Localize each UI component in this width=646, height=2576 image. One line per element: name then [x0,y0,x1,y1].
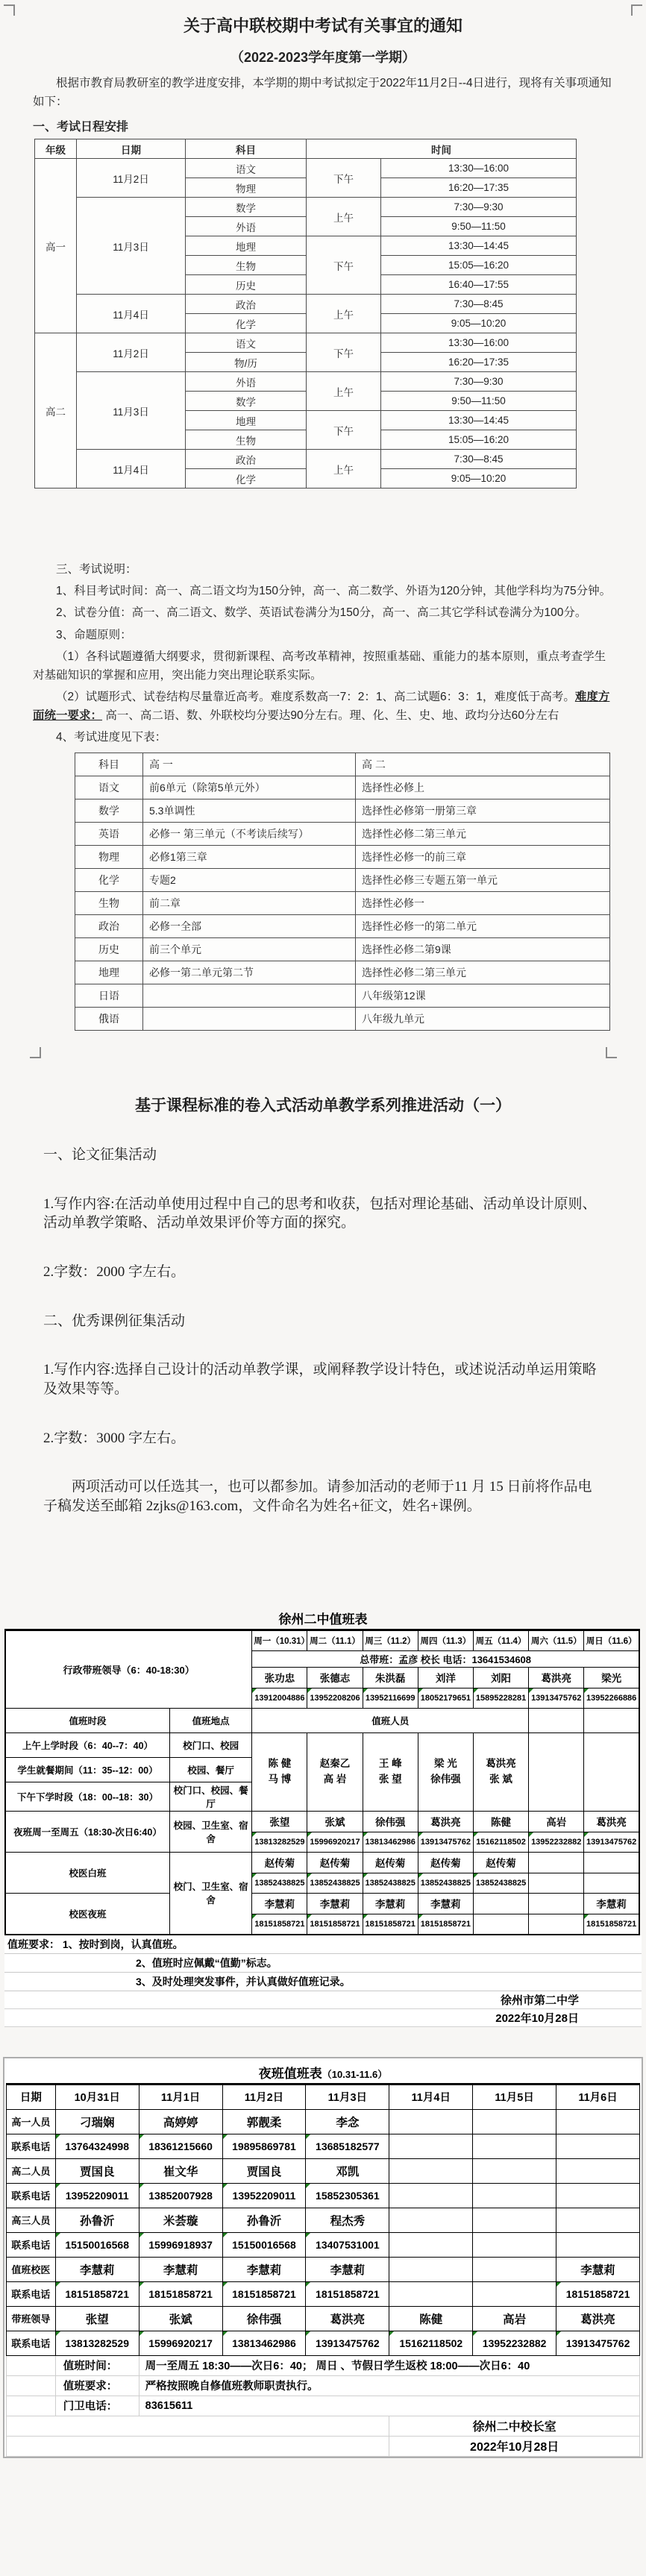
table-cell [556,2134,640,2158]
table-cell [473,2109,556,2134]
table-cell [584,1873,639,1893]
table-cell: 李慧莉 [307,1893,363,1914]
table-cell: 崔文华 [139,2158,222,2183]
time-cell: 9:05—10:20 [381,469,577,489]
table-cell: 刘阳 [473,1667,528,1688]
table-row: 生物前二章选择性必修一 [75,892,610,915]
table-cell: 11月1日 [139,2084,222,2109]
table-cell [473,2183,556,2208]
table-row: 高二人员贾国良崔文华贾国良邓凯 [7,2158,640,2183]
table-row: 高二 11月2日 语文 下午 13:30—16:00 [35,333,577,353]
table-cell: 政治 [75,915,143,938]
table-cell: 高一人员 [7,2109,56,2134]
table-cell: 13913475762 [556,2331,640,2355]
staff-pair-cell: 陈 健马 博 [252,1732,307,1811]
table-cell [556,2232,640,2257]
notice-subtitle: （2022-2023学年度第一学期） [33,47,613,66]
staff-name: 梁 光 [420,1756,471,1771]
table-row: 11月4日 政治 上午 7:30—8:45 [35,450,577,469]
time-cell: 16:20—17:35 [381,353,577,372]
table-cell: 15150016568 [55,2232,139,2257]
table-row: 日期10月31日11月1日11月2日11月3日11月4日11月5日11月6日 [7,2084,640,2109]
table-cell: 周日（11.6） [584,1630,639,1650]
notice-title: 关于高中联校期中考试有关事宜的通知 [33,13,613,37]
subject-cell: 生物 [186,256,307,275]
activity-line: 二、优秀课例征集活动 [43,1282,603,1331]
table-cell: 周一（10.31） [252,1630,307,1650]
table-cell: 葛洪亮 [556,2306,640,2331]
subject-cell: 地理 [186,236,307,256]
night-duty-title: 夜班值班表（10.31-11.6） [6,2063,640,2082]
table-cell: 前6单元（除第5单元外） [143,776,356,799]
table-cell: 13813462986 [363,1832,418,1852]
table-cell: 18151858721 [139,2281,222,2306]
table-cell: 地理 [75,961,143,984]
table-cell: 11月3日 [306,2084,389,2109]
requirement-item: 1、按时到岗，认真值班。 [63,1938,184,1950]
table-cell: 赵传菊 [252,1852,307,1873]
time-cell: 7:30—8:45 [381,295,577,314]
staff-name: 徐伟强 [420,1772,471,1787]
staff-pair-cell: 王 峰张 望 [363,1732,418,1811]
table-cell [389,2257,473,2281]
activity-line: 1.写作内容:在活动单使用过程中自己的思考和收获，包括对理论基础、活动单设计原则… [43,1165,603,1233]
time-cell: 13:30—16:00 [381,333,577,353]
table-row: 英语必修一 第三单元（不考读后续写）选择性必修二第三单元 [75,823,610,846]
date-cell: 11月4日 [77,450,186,489]
table-cell: 贾国良 [55,2158,139,2183]
session-cell: 下午 [307,236,381,295]
page-corner-mark [606,1047,617,1058]
table-cell: 陈健 [473,1811,528,1832]
notes-heading: 三、考试说明： [33,560,613,579]
table-cell [473,2208,556,2232]
table-row: 值班时间： 周一至周五 18:30——次日6：40； 周日 、节假日学生返校 1… [7,2355,640,2375]
table-cell: 程杰秀 [306,2208,389,2232]
page-corner-mark [30,1047,41,1058]
date-cell: 11月2日 [77,159,186,198]
table-cell: 15996920217 [139,2331,222,2355]
table-cell: 13852438825 [363,1873,418,1893]
table-cell: 18361215660 [139,2134,222,2158]
table-cell [473,2281,556,2306]
table-cell: 15996918937 [139,2232,222,2257]
table-cell [529,1873,584,1893]
activity-title: 基于课程标准的卷入式活动单教学系列推进活动（一） [43,1093,603,1116]
table-cell [389,2281,473,2306]
subject-cell: 历史 [186,275,307,295]
table-cell: 李慧莉 [556,2257,640,2281]
table-cell: 13813282529 [252,1832,307,1852]
date-cell: 11月4日 [77,295,186,333]
table-cell: 刘洋 [418,1667,473,1688]
date-cell: 11月2日 [77,333,186,372]
table-cell: 值班校医 [7,2257,56,2281]
duty-roster-table: 行政带班领导（6：40-18:30） 周一（10.31）周二（11.1）周三（1… [4,1629,640,1935]
table-cell [389,2183,473,2208]
subject-cell: 物/历 [186,353,307,372]
table-cell: 13685182577 [306,2134,389,2158]
table-cell: 15895228281 [473,1688,528,1708]
table-cell: 赵传菊 [307,1852,363,1873]
table-cell: 15996920217 [307,1832,363,1852]
time-cell: 15:05—16:20 [381,256,577,275]
col-header: 科目 [186,139,307,159]
table-cell: 必修一第二单元第二节 [143,961,356,984]
doctor-night-label-cell: 校医夜班 [5,1893,170,1935]
table-cell: 葛洪亮 [529,1667,584,1688]
table-cell: 选择性必修上 [356,776,610,799]
col-header-place: 值班地点 [170,1708,252,1732]
table-cell [473,1914,528,1935]
table-cell: 15852305361 [306,2183,389,2208]
table-cell: 刁瑞娴 [55,2109,139,2134]
empty-cell [529,1732,584,1811]
session-cell: 上午 [307,372,381,411]
signature-date: 2022年10月28日 [389,2436,640,2456]
table-row: 行政带班领导（6：40-18:30） 周一（10.31）周二（11.1）周三（1… [5,1630,639,1650]
table-cell: 11月4日 [389,2084,473,2109]
table-cell: 联系电话 [7,2281,56,2306]
table-cell: 10月31日 [55,2084,139,2109]
table-cell [529,1914,584,1935]
table-cell: 梁光 [584,1667,639,1688]
col-header-time: 值班时段 [5,1708,170,1732]
table-cell [143,984,356,1008]
table-cell [473,2158,556,2183]
table-cell: 13813282529 [55,2331,139,2355]
table-cell [389,2208,473,2232]
requirements-label: 值班要求： [7,1938,60,1950]
night-duty-title-text: 夜班值班表 [259,2067,322,2081]
table-cell: 11月5日 [473,2084,556,2109]
table-cell: 联系电话 [7,2183,56,2208]
table-cell: 15162118502 [389,2331,473,2355]
table-cell: 必修一全部 [143,915,356,938]
time-cell: 7:30—9:30 [381,198,577,217]
table-cell: 13952209011 [55,2183,139,2208]
notes-paragraph: 1、科目考试时间：高一、高二语文均为150分钟，高一、高二数学、外语为120分钟… [33,582,613,600]
subject-cell: 生物 [186,430,307,450]
table-cell: 葛洪亮 [584,1811,639,1832]
table-cell: 15162118502 [473,1832,528,1852]
time-cell: 7:30—8:45 [381,450,577,469]
table-cell: 18151858721 [584,1914,639,1935]
notes-paragraph: （1）各科试题遵循大纲要求，贯彻新课程、高考改革精神，按照重基础、重能力的基本原… [33,647,613,685]
table-cell: 专题2 [143,869,356,892]
table-cell: 李慧莉 [252,1893,307,1914]
table-cell: 18151858721 [55,2281,139,2306]
admin-leader-cell: 行政带班领导（6：40-18:30） [5,1630,252,1708]
table-cell: 物理 [75,846,143,869]
table-row: 校医夜班 李慧莉李慧莉李慧莉李慧莉李慧莉 [5,1893,639,1914]
col-header: 年级 [35,139,77,159]
table-cell: 米荟璇 [139,2208,222,2232]
table-cell: 18151858721 [307,1914,363,1935]
table-cell [389,2134,473,2158]
staff-name: 陈 健 [254,1756,305,1771]
table-cell: 18052179651 [418,1688,473,1708]
table-cell: 联系电话 [7,2134,56,2158]
staff-pair-cell: 葛洪亮张 斌 [473,1732,528,1811]
requirement-item: 3、及时处理突发事件，并认真做好值班记录。 [136,1976,351,1988]
duty-roster-title: 徐州二中值班表 [4,1609,642,1627]
table-cell: 周四（11.3） [418,1630,473,1650]
table-row: 联系电话137643249981836121566019895869781136… [7,2134,640,2158]
table-cell [473,2257,556,2281]
table-cell: 13913475762 [529,1688,584,1708]
page-corner-mark [4,4,15,16]
table-row: 高三人员孙鲁沂米荟璇孙鲁沂程杰秀 [7,2208,640,2232]
table-cell: 13764324998 [55,2134,139,2158]
notice-page: 关于高中联校期中考试有关事宜的通知 （2022-2023学年度第一学期） 根据市… [0,0,646,1031]
table-cell: 英语 [75,823,143,846]
table-cell [529,1893,584,1914]
table-cell [473,1893,528,1914]
table-cell: 周三（11.2） [363,1630,418,1650]
table-cell: 赵传菊 [418,1852,473,1873]
night-duty-date-range: （10.31-11.6） [322,2069,387,2080]
activity-line: 一、论文征集活动 [43,1116,603,1165]
table-cell: 联系电话 [7,2331,56,2355]
doctor-day-label-cell: 校医白班 [5,1852,170,1893]
table-row: 联系电话139522090111385200792813952209011158… [7,2183,640,2208]
table-cell: 贾国良 [222,2158,306,2183]
table-cell: 13852438825 [418,1873,473,1893]
empty-cell [7,2436,389,2456]
footer-label: 门卫电话： [55,2396,139,2416]
table-cell: 高岩 [473,2306,556,2331]
grade-cell: 高二 [35,333,77,489]
table-cell: 李慧莉 [306,2257,389,2281]
date-cell: 11月3日 [77,372,186,450]
table-cell: 周六（11.5） [529,1630,584,1650]
table-row: 校医白班 校门、卫生室、宿舍 赵传菊赵传菊赵传菊赵传菊赵传菊 [5,1852,639,1873]
table-cell: 13813462986 [222,2331,306,2355]
footer-value: 周一至周五 18:30——次日6：40； 周日 、节假日学生返校 18:00——… [139,2355,639,2375]
table-cell: 18151858721 [306,2281,389,2306]
table-cell: 李慧莉 [55,2257,139,2281]
table-cell: 必修1第三章 [143,846,356,869]
subject-cell: 物理 [186,178,307,198]
table-cell [389,2158,473,2183]
table-cell: 历史 [75,938,143,961]
table-cell [389,2232,473,2257]
time-cell: 16:40—17:55 [381,275,577,295]
time-cell: 13:30—14:45 [381,236,577,256]
time-cell: 9:50—11:50 [381,392,577,411]
table-row: 联系电话151500165681599691893715150016568134… [7,2232,640,2257]
table-cell: 13407531001 [306,2232,389,2257]
table-cell [473,2134,556,2158]
table-cell: 13852438825 [473,1873,528,1893]
table-cell: 语文 [75,776,143,799]
table-row: 高一 11月2日 语文 下午 13:30—16:00 [35,159,577,178]
footer-label: 值班时间： [55,2355,139,2375]
table-row: 化学专题2选择性必修三专题五第一单元 [75,869,610,892]
activity-line: 1.写作内容:选择自己设计的活动单教学课，或阐释教学设计特色，或述说活动单运用策… [43,1331,603,1398]
subject-cell: 化学 [186,469,307,489]
table-row: 科目高 一高 二 [75,753,610,776]
table-cell: 李慧莉 [584,1893,639,1914]
table-cell: 选择性必修三专题五第一单元 [356,869,610,892]
night-shift-time-cell: 夜班周一至周五（18:30-次日6:40） [5,1811,170,1852]
slot-time-cell: 学生就餐期间（11：35--12：00） [5,1757,170,1782]
empty-cell [7,2396,56,2416]
page-corner-mark [631,4,642,16]
staff-name: 马 博 [254,1772,305,1787]
table-cell: 数学 [75,799,143,823]
session-cell: 上午 [307,450,381,489]
table-cell: 张望 [55,2306,139,2331]
document-photo: 关于高中联校期中考试有关事宜的通知 （2022-2023学年度第一学期） 根据市… [0,0,646,2576]
table-cell: 19895869781 [222,2134,306,2158]
table-cell [556,2183,640,2208]
table-cell [584,1852,639,1873]
notes-text: （2）试题形式、试卷结构尽量靠近高考。难度系数高一7：2：1、高二试题6：3：1… [56,691,575,703]
table-cell: 葛洪亮 [418,1811,473,1832]
table-cell: 葛洪亮 [306,2306,389,2331]
table-cell: 13852438825 [307,1873,363,1893]
session-cell: 下午 [307,159,381,198]
table-cell: 李慧莉 [222,2257,306,2281]
staff-name: 张 望 [365,1772,416,1787]
session-cell: 下午 [307,333,381,372]
table-cell: 联系电话 [7,2232,56,2257]
table-row: 带班领导张望张斌徐伟强葛洪亮陈健高岩葛洪亮 [7,2306,640,2331]
table-row: 高一人员刁瑞娴高婷婷郭靓柔李念 [7,2109,640,2134]
table-cell: 18151858721 [556,2281,640,2306]
col-header-staff: 值班人员 [252,1708,529,1732]
slot-place-cell: 校门口、校园 [170,1732,252,1757]
activity-line: 两项活动可以任选其一，也可以都参加。请参加活动的老师于11 月 15 日前将作品… [43,1448,603,1515]
table-cell: 前三个单元 [143,938,356,961]
duty-requirements-line: 3、及时处理突发事件，并认真做好值班记录。 [4,1973,642,1991]
night-shift-place-cell: 校园、卫生室、宿舍 [170,1811,252,1852]
table-cell: 13952208206 [307,1688,363,1708]
table-cell: 18151858721 [418,1914,473,1935]
table-cell [473,2232,556,2257]
col-header: 日期 [77,139,186,159]
requirement-item: 2、值班时应佩戴“值勤”标志。 [136,1957,277,1969]
table-header-row: 年级 日期 科目 时间 [35,139,577,159]
table-cell: 13912004886 [252,1688,307,1708]
staff-pair-cell: 梁 光徐伟强 [418,1732,473,1811]
table-cell: 13913475762 [584,1832,639,1852]
time-cell: 9:05—10:20 [381,314,577,333]
table-cell: 高二人员 [7,2158,56,2183]
subject-cell: 数学 [186,392,307,411]
footer-value: 83615611 [139,2396,639,2416]
empty-cell [584,1708,639,1732]
date-cell: 11月3日 [77,198,186,295]
table-cell: 选择性必修一的第二单元 [356,915,610,938]
time-cell: 9:50—11:50 [381,217,577,236]
exam-notes: 三、考试说明： 1、科目考试时间：高一、高二语文均为150分钟，高一、高二数学、… [33,560,613,747]
table-cell: 18151858721 [363,1914,418,1935]
table-cell: 选择性必修二第9课 [356,938,610,961]
table-cell: 日期 [7,2084,56,2109]
empty-cell [529,1708,584,1732]
table-cell: 李慧莉 [363,1893,418,1914]
table-cell: 5.3单调性 [143,799,356,823]
table-cell: 李念 [306,2109,389,2134]
activity-line: 2.字数：2000 字左右。 [43,1233,603,1282]
table-row: 日语八年级第12课 [75,984,610,1008]
staff-name: 张 斌 [475,1772,527,1787]
subject-cell: 地理 [186,411,307,430]
subject-cell: 化学 [186,314,307,333]
table-row: 门卫电话： 83615611 [7,2396,640,2416]
table-cell: 15150016568 [222,2232,306,2257]
table-cell: 化学 [75,869,143,892]
slot-time-cell: 下午下学时段（18：00--18：30） [5,1782,170,1811]
table-row: 数学5.3单调性选择性必修第一册第三章 [75,799,610,823]
table-cell: 徐伟强 [222,2306,306,2331]
notice-intro: 根据市教育局教研室的教学进度安排，本学期的期中考试拟定于2022年11月2日--… [33,74,613,111]
table-cell [529,1852,584,1873]
table-cell: 张斌 [307,1811,363,1832]
empty-cell [7,2416,389,2436]
slot-place-cell: 校门口、校园、餐厅 [170,1782,252,1811]
table-cell: 赵传菊 [473,1852,528,1873]
table-row: 2022年10月28日 [7,2436,640,2456]
night-duty-section: 夜班值班表（10.31-11.6） 日期10月31日11月1日11月2日11月3… [3,2057,643,2458]
table-cell: 周二（11.1） [307,1630,363,1650]
table-row: 11月3日 数学 上午 7:30—9:30 [35,198,577,217]
table-row: 值班要求： 严格按照晚自修值班教师职责执行。 [7,2375,640,2396]
table-cell: 八年级九单元 [356,1008,610,1031]
grade-cell: 高一 [35,159,77,333]
table-row: 物理必修1第三章选择性必修一的前三章 [75,846,610,869]
session-cell: 上午 [307,198,381,236]
signature-office: 徐州二中校长室 [389,2416,640,2436]
table-row: 值班时段 值班地点 值班人员 [5,1708,639,1732]
table-cell: 13952232882 [529,1832,584,1852]
duty-roster-section: 徐州二中值班表 行政带班领导（6：40-18:30） 周一（10.31）周二（1… [4,1609,642,2027]
table-row: 夜班周一至周五（18:30-次日6:40） 校园、卫生室、宿舍 张望张斌徐伟强葛… [5,1811,639,1832]
activity-line: 2.字数：3000 字左右。 [43,1399,603,1448]
staff-pair-cell: 赵秦乙高 岩 [307,1732,363,1811]
staff-name: 葛洪亮 [475,1756,527,1771]
subject-cell: 政治 [186,450,307,469]
table-cell: 选择性必修二第三单元 [356,961,610,984]
signature-date: 2022年10月28日 [4,2009,642,2027]
table-row: 徐州二中校长室 [7,2416,640,2436]
table-row: 语文前6单元（除第5单元外）选择性必修上 [75,776,610,799]
table-cell: 13952209011 [222,2183,306,2208]
table-cell: 13852438825 [252,1873,307,1893]
table-row: 11月4日 政治 上午 7:30—8:45 [35,295,577,314]
slot-time-cell: 上午上学时段（6：40--7：40） [5,1732,170,1757]
table-cell: 13952266886 [584,1688,639,1708]
table-cell: 张功忠 [252,1667,307,1688]
table-cell: 李慧莉 [418,1893,473,1914]
table-cell: 科目 [75,753,143,776]
table-cell: 赵传菊 [363,1852,418,1873]
table-row: 地理必修一第二单元第二节选择性必修二第三单元 [75,961,610,984]
table-row: 俄语八年级九单元 [75,1008,610,1031]
table-row: 值班校医李慧莉李慧莉李慧莉李慧莉李慧莉 [7,2257,640,2281]
subject-cell: 语文 [186,333,307,353]
table-cell: 18151858721 [252,1914,307,1935]
time-cell: 7:30—9:30 [381,372,577,392]
table-cell: 高 一 [143,753,356,776]
empty-cell [7,2375,56,2396]
subject-cell: 语文 [186,159,307,178]
table-cell: 徐伟强 [363,1811,418,1832]
subject-cell: 数学 [186,198,307,217]
